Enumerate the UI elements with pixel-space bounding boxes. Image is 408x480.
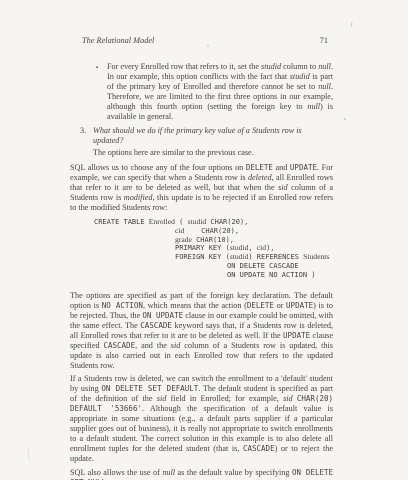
code-line-1: CREATE TABLE Enrolled ( studid CHAR(20), <box>94 218 333 227</box>
book-page: The Relational Model 71 ▪ For every Enro… <box>0 0 408 480</box>
paragraph-set-default: If a Students row is deleted, we can swi… <box>70 374 333 464</box>
item-followup: The options here are similar to the prev… <box>93 148 333 158</box>
scan-artifact <box>350 22 352 27</box>
sql-code-block: CREATE TABLE Enrolled ( studid CHAR(20),… <box>94 218 333 280</box>
page-body: ▪ For every Enrolled row that refers to … <box>70 62 333 480</box>
bullet-list-item: ▪ For every Enrolled row that refers to … <box>96 62 333 122</box>
code-line-5: FOREIGN KEY (studid) REFERENCES Students <box>94 253 333 262</box>
header-title: The Relational Model <box>82 36 154 46</box>
item-number: 3. <box>80 126 93 146</box>
page-number: 71 <box>320 36 328 46</box>
code-line-7: ON UPDATE NO ACTION ) <box>94 271 333 280</box>
paragraph-sql-options: SQL allows us to choose any of the four … <box>70 163 333 213</box>
scan-artifact <box>207 45 209 47</box>
bullet-item-text: For every Enrolled row that refers to it… <box>107 62 333 122</box>
paragraph-foreign-key-options: The options are specified as part of the… <box>70 291 333 371</box>
code-line-2: cid CHAR(20), <box>94 227 333 236</box>
paragraph-set-null: SQL also allows the use of null as the d… <box>70 468 333 480</box>
scan-artifact <box>27 446 31 462</box>
code-line-4: PRIMARY KEY (studid, cid), <box>94 244 333 253</box>
bullet-marker: ▪ <box>96 62 107 122</box>
code-line-6: ON DELETE CASCADE <box>94 262 333 271</box>
numbered-item-3: 3. What should we do if the primary key … <box>80 126 333 146</box>
scan-artifact <box>344 118 346 120</box>
page-content: The Relational Model 71 ▪ For every Enro… <box>70 0 333 480</box>
item-question: What should we do if the primary key val… <box>93 126 333 146</box>
